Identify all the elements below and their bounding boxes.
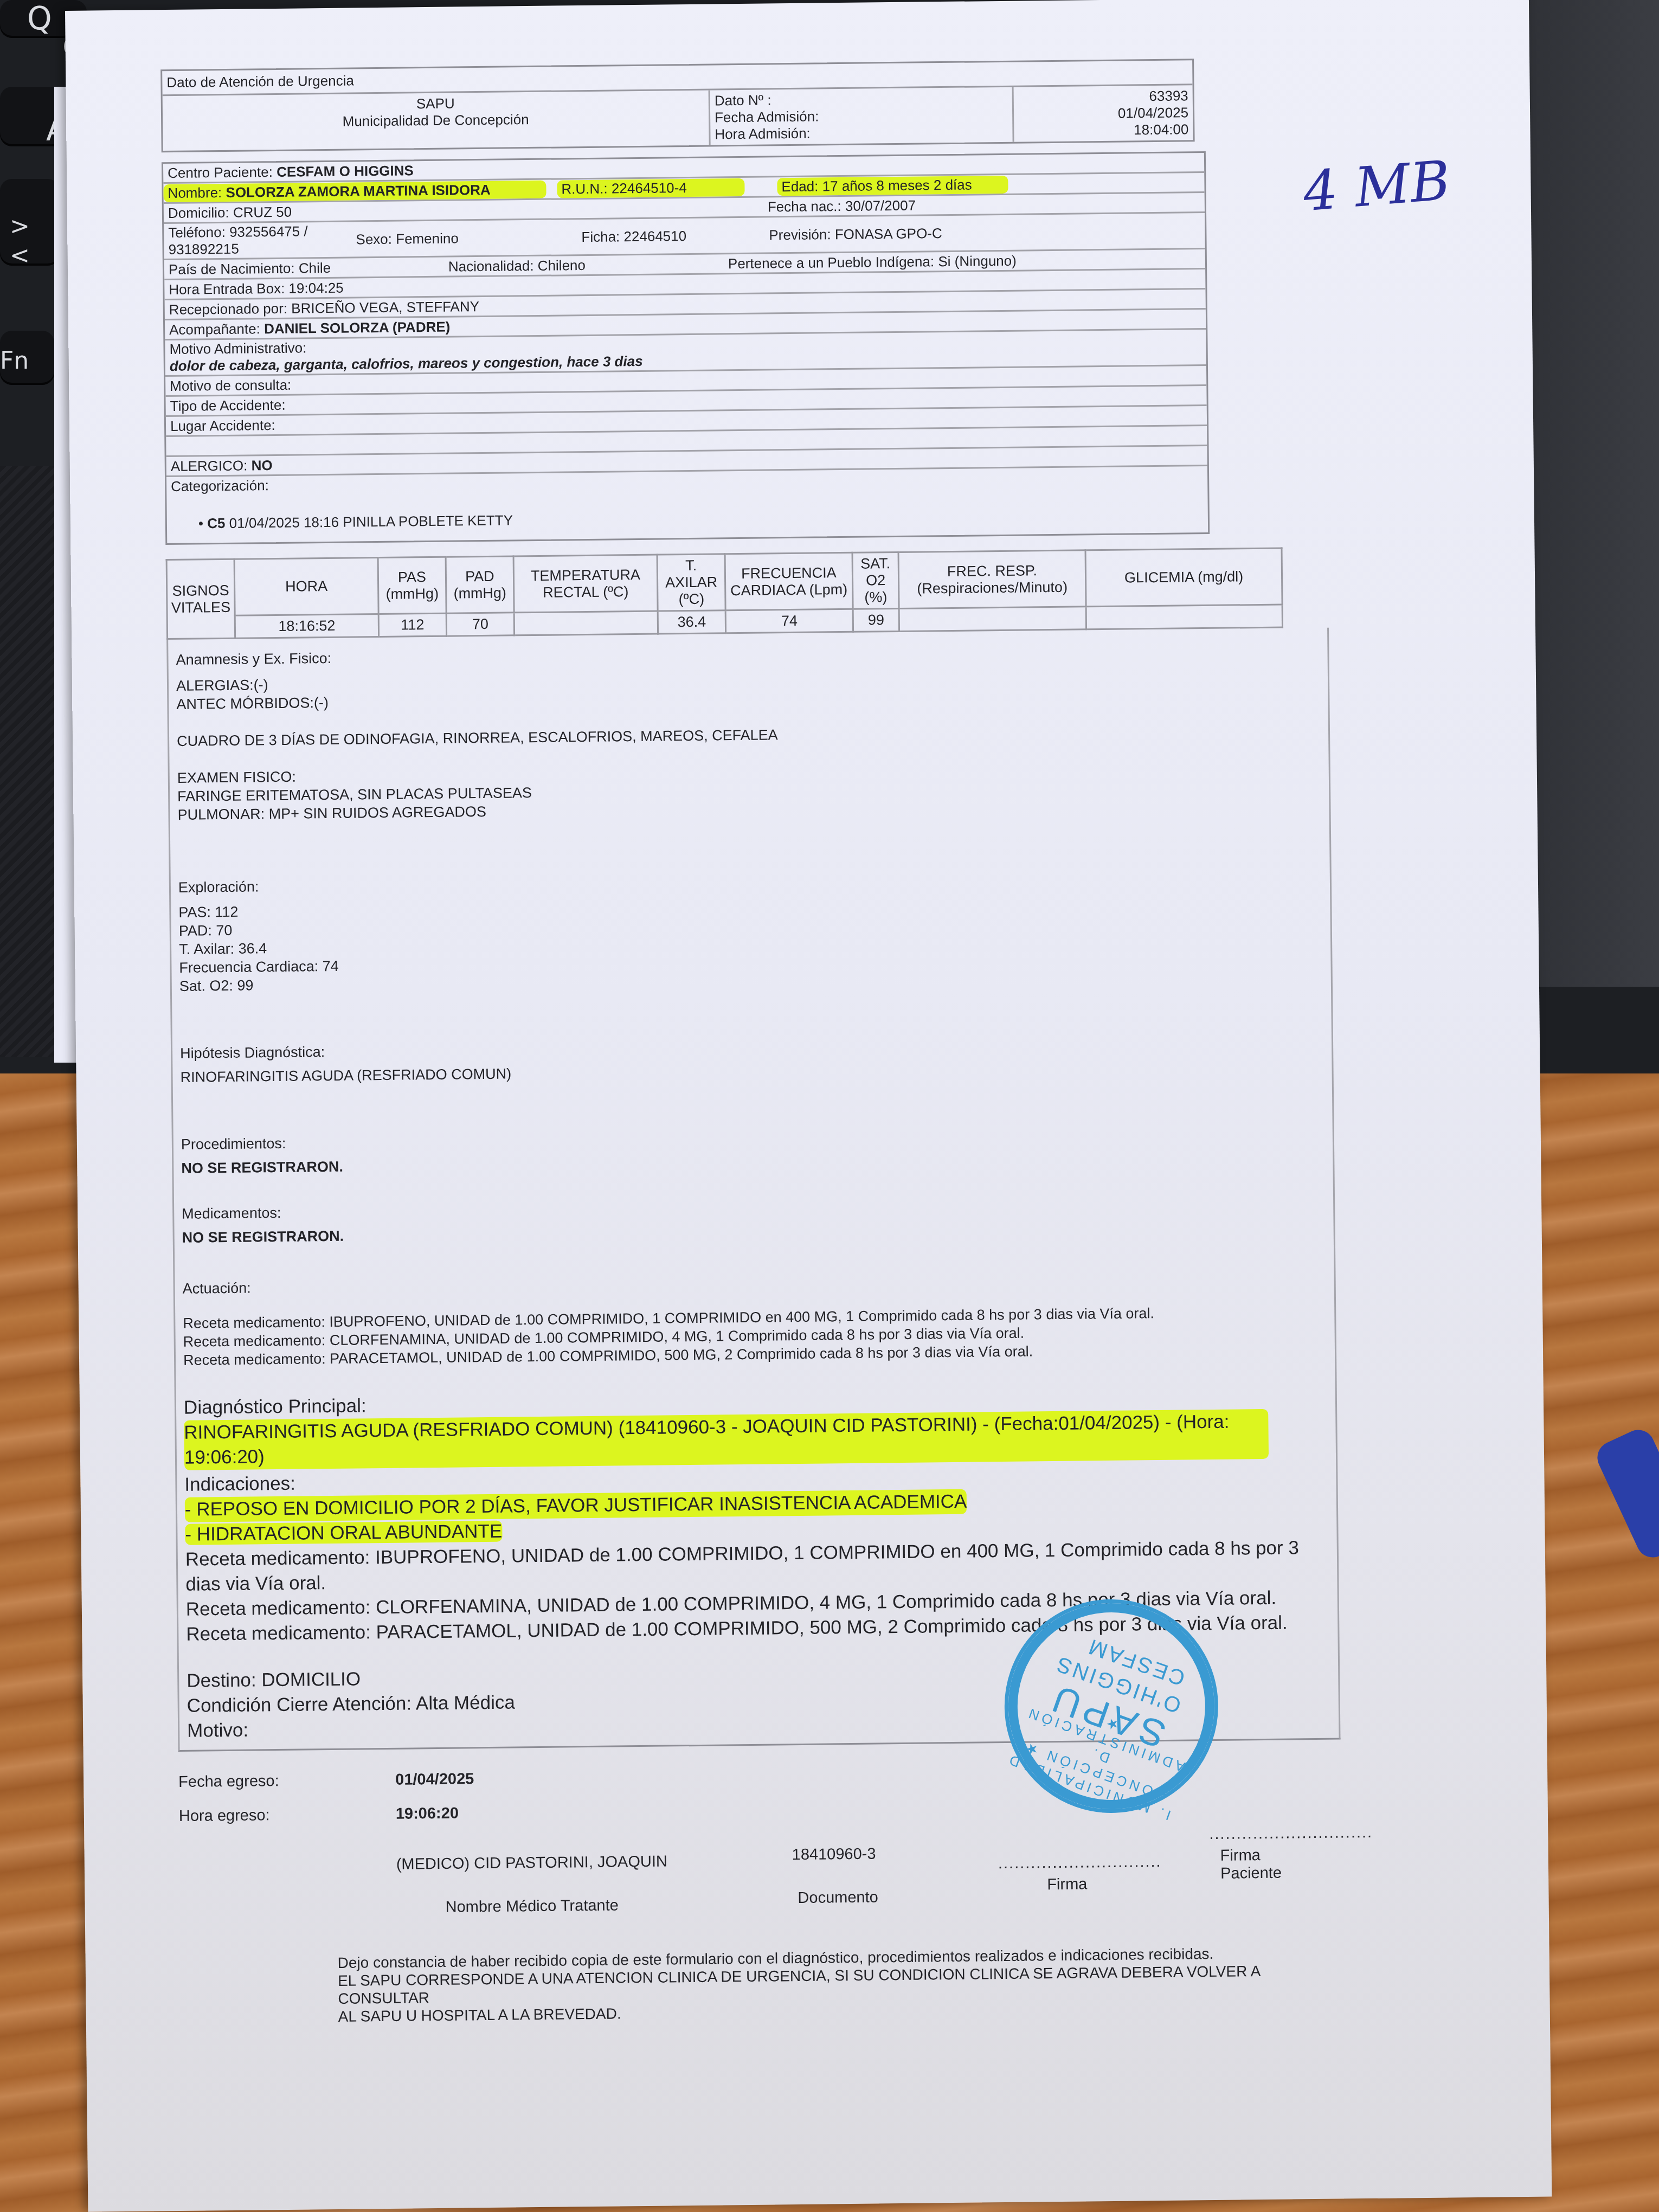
clinical-body: Anamnesis y Ex. Fisico: ALERGIAS:(-) ANT… — [166, 628, 1340, 1752]
indicacion-line: - HIDRATACION ORAL ABUNDANTE — [185, 1521, 502, 1545]
documento-caption: Documento — [798, 1888, 878, 1907]
vitals-header: FREC. RESP. (Respiraciones/Minuto) — [898, 550, 1086, 609]
domicilio-value: CRUZ 50 — [233, 203, 292, 220]
edad-label: Edad: — [781, 178, 818, 195]
medico-caption: Nombre Médico Tratante — [445, 1897, 618, 1917]
tipo-accidente-label: Tipo de Accidente: — [165, 396, 290, 415]
medico-name: (MEDICO) CID PASTORINI, JOAQUIN — [396, 1853, 667, 1874]
nacionalidad-label: Nacionalidad: — [448, 257, 534, 274]
diagnostico-value: RINOFARINGITIS AGUDA (RESFRIADO COMUN) (… — [184, 1409, 1269, 1470]
actuacion-section: Actuación: Receta medicamento: IBUPROFEN… — [183, 1268, 1328, 1369]
pais-value: Chile — [299, 259, 331, 276]
centro-label: Centro Paciente: — [168, 164, 273, 181]
lugar-accidente-label: Lugar Accidente: — [166, 416, 280, 435]
diagnostico-section: Diagnóstico Principal: RINOFARINGITIS AG… — [184, 1384, 1328, 1470]
vitals-value: 18:16:52 — [235, 614, 378, 639]
anamnesis-label: Anamnesis y Ex. Fisico: — [176, 639, 1320, 669]
keyboard-key-fn: Fn — [0, 331, 54, 385]
ficha-value: 22464510 — [623, 228, 686, 245]
categorizacion-value: 01/04/2025 18:16 PINILLA POBLETE KETTY — [229, 512, 513, 531]
fecha-admision-value: 01/04/2025 — [1018, 104, 1188, 123]
vitals-header: SAT. O2 (%) — [852, 552, 899, 609]
handwritten-note: 4 MB — [1301, 149, 1452, 223]
hipotesis-section: Hipótesis Diagnóstica: RINOFARINGITIS AG… — [180, 1032, 1324, 1086]
motivo-consulta-label: Motivo de consulta: — [165, 376, 295, 395]
vitals-header: PAD (mmHg) — [446, 556, 514, 613]
vitals-header: GLICEMIA (mg/dl) — [1085, 548, 1282, 607]
categorizacion-block: Categorización: • C5 01/04/2025 18:16 PI… — [166, 466, 1208, 543]
nombre-value: SOLORZA ZAMORA MARTINA ISIDORA — [226, 181, 490, 200]
recepcionado-value: BRICEÑO VEGA, STEFFANY — [291, 298, 479, 317]
run-field: R.U.N.: 22464510-4 — [557, 178, 744, 198]
hora-admision-label: Hora Admisión: — [715, 123, 1008, 143]
hora-egreso-value: 19:06:20 — [396, 1805, 459, 1823]
vitals-value: 99 — [853, 608, 899, 632]
fecha-egreso-value: 01/04/2025 — [395, 1770, 474, 1789]
patient-box: Centro Paciente: CESFAM O HIGGINS Nombre… — [162, 151, 1210, 545]
categorizacion-code: C5 — [207, 515, 226, 531]
hora-admision-value: 18:04:00 — [1018, 121, 1188, 139]
hora-box-value: 19:04:25 — [288, 279, 344, 296]
documento-value: 18410960-3 — [792, 1846, 876, 1864]
vitals-value — [514, 611, 658, 635]
key-label: Fn — [0, 347, 29, 375]
vitals-header: TEMPERATURA RECTAL (ºC) — [513, 555, 658, 613]
firma-paciente-line: .............................. — [1209, 1824, 1373, 1843]
firma-line: .............................. — [998, 1853, 1162, 1873]
alergico-value: NO — [251, 457, 272, 473]
recepcionado-label: Recepcionado por: — [169, 300, 288, 317]
vitals-value: 74 — [725, 609, 853, 633]
fecha-nac-value: 30/07/2007 — [845, 197, 916, 214]
cuadro-line: CUADRO DE 3 DÍAS DE ODINOFAGIA, RINORREA… — [177, 720, 1321, 750]
hora-egreso-label: Hora egreso: — [179, 1805, 396, 1825]
keyboard-key-angle: > < — [0, 179, 60, 266]
key-label: < — [10, 242, 30, 269]
medical-document: 4 MB Dato de Atención de Urgencia SAPU M… — [65, 0, 1552, 2212]
pais-label: País de Nacimiento: — [169, 260, 295, 277]
acompanante-label: Acompañante: — [169, 320, 260, 338]
run-label: R.U.N.: — [561, 180, 608, 197]
signatures-block: (MEDICO) CID PASTORINI, JOAQUIN Nombre M… — [179, 1825, 1286, 1928]
ficha-label: Ficha: — [581, 228, 620, 245]
run-value: 22464510-4 — [612, 179, 687, 196]
header-values: 63393 01/04/2025 18:04:00 — [1014, 85, 1193, 142]
prevision-label: Previsión: — [769, 226, 831, 243]
vitals-value — [899, 607, 1086, 632]
categorizacion-item: • C5 01/04/2025 18:16 PINILLA POBLETE KE… — [198, 505, 1204, 532]
firma-paciente-caption: Firma Paciente — [1220, 1847, 1286, 1883]
alergico-label: ALERGICO: — [171, 457, 248, 474]
domicilio-label: Domicilio: — [168, 204, 229, 221]
key-label: Q — [27, 0, 52, 37]
disclaimer: Dejo constancia de haber recibido copia … — [338, 1944, 1287, 2025]
header-org: SAPU Municipalidad De Concepción — [163, 91, 711, 151]
vitals-header: FRECUENCIA CARDIACA (Lpm) — [725, 552, 853, 610]
vitals-header: T. AXILAR (ºC) — [657, 554, 725, 611]
vitals-value — [1086, 605, 1282, 629]
header-grid: SAPU Municipalidad De Concepción Dato Nº… — [163, 85, 1193, 151]
sexo-label: Sexo: — [356, 230, 392, 247]
header-box: Dato de Atención de Urgencia SAPU Munici… — [160, 59, 1194, 152]
vitals-header: HORA — [234, 558, 378, 616]
procedimientos-section: Procedimientos: NO SE REGISTRARON. — [181, 1123, 1326, 1178]
telefono-label: Teléfono: — [168, 224, 226, 241]
actuacion-label: Actuación: — [183, 1268, 1327, 1298]
fecha-nac-label: Fecha nac.: — [768, 198, 841, 215]
vitals-value: 112 — [378, 613, 446, 636]
vitals-value: 36.4 — [658, 610, 725, 634]
vitals-header: PAS (mmHg) — [378, 557, 446, 614]
edad-field: Edad: 17 años 8 meses 2 días — [777, 175, 1008, 195]
prevision-value: FONASA GPO-C — [835, 225, 942, 242]
exploracion-section: Exploración: PAS: 112 PAD: 70 T. Axilar:… — [178, 866, 1323, 995]
vitals-value: 70 — [446, 613, 514, 636]
nombre-field: Nombre: SOLORZA ZAMORA MARTINA ISIDORA — [163, 180, 546, 202]
vitals-row-label: SIGNOS VITALES — [166, 559, 235, 639]
exploracion-label: Exploración: — [178, 866, 1322, 897]
anamnesis-section: Anamnesis y Ex. Fisico: ALERGIAS:(-) ANT… — [176, 639, 1321, 824]
pueblo-value: Si (Ninguno) — [938, 252, 1017, 269]
acompanante-value: DANIEL SOLORZA (PADRE) — [264, 318, 451, 337]
fecha-egreso-label: Fecha egreso: — [178, 1771, 395, 1791]
nombre-label: Nombre: — [168, 184, 222, 201]
edad-value: 17 años 8 meses 2 días — [822, 176, 972, 194]
sexo-value: Femenino — [396, 230, 459, 247]
vital-signs-table: SIGNOS VITALES HORA PAS (mmHg) PAD (mmHg… — [166, 548, 1283, 640]
header-labels: Dato Nº : Fecha Admisión: Hora Admisión: — [710, 87, 1014, 145]
nacionalidad-value: Chileno — [538, 256, 586, 273]
centro-value: CESFAM O HIGGINS — [276, 162, 414, 180]
hora-box-label: Hora Entrada Box: — [169, 280, 285, 297]
dato-value: 63393 — [1018, 87, 1188, 106]
firma-caption: Firma — [1047, 1875, 1087, 1894]
pueblo-label: Pertenece a un Pueblo Indígena: — [728, 253, 934, 272]
key-label: > — [10, 213, 30, 240]
medicamentos-section: Medicamentos: NO SE REGISTRARON. — [182, 1193, 1326, 1247]
